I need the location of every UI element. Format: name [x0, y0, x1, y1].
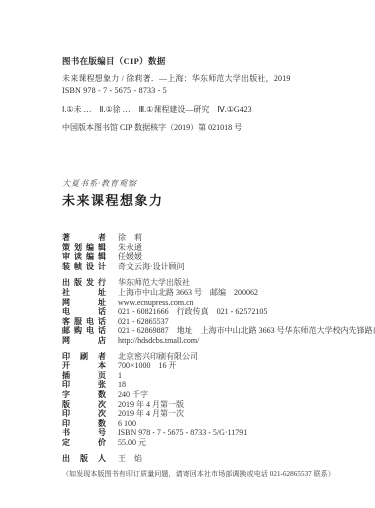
- row-value: 021 - 60821666 行政传真 021 - 62572105: [118, 307, 267, 317]
- row-label: 网址: [62, 298, 106, 308]
- cip-title-line: 未来课程想象力 / 徐莉著．—上海：华东师范大学出版社，2019: [62, 73, 335, 85]
- row-label: 定价: [62, 438, 106, 448]
- colophon-row-address: 社址 上海市中山北路 3663 号 邮编 200062: [62, 288, 335, 298]
- row-label: 社址: [62, 288, 106, 298]
- colophon-row-review-editor: 审读编辑 任媛媛: [62, 252, 335, 262]
- row-value: 华东师范大学出版社: [118, 278, 190, 288]
- cip-description: 未来课程想象力 / 徐莉著．—上海：华东师范大学出版社，2019 ISBN 97…: [62, 73, 335, 97]
- cip-heading: 图书在版编目（CIP）数据: [62, 56, 335, 66]
- row-label: 印刷者: [62, 352, 106, 362]
- cip-record-number: 中国版本图书馆 CIP 数据核字（2019）第 021018 号: [62, 122, 335, 133]
- row-value: 55.00 元: [118, 438, 146, 448]
- staff-credits: 著者 徐 莉 策划编辑 朱永通 审读编辑 任媛媛 装帧设计 奇文云海·设计顾问: [62, 233, 335, 271]
- row-label: 著者: [62, 233, 106, 243]
- row-label: 出版发行: [62, 278, 106, 288]
- row-label: 客服电话: [62, 317, 106, 327]
- row-label: 字数: [62, 390, 106, 400]
- colophon-row-edition: 版次 2019 年 4 月第一版: [62, 400, 335, 410]
- colophon-row-author: 著者 徐 莉: [62, 233, 335, 243]
- row-label: 电话: [62, 307, 106, 317]
- row-label: 印数: [62, 419, 106, 429]
- row-label: 策划编辑: [62, 243, 106, 253]
- printing-specs: 印刷者 北京密兴印刷有限公司 开本 700×1000 16 开 插页 1 印张 …: [62, 352, 335, 448]
- cip-block: 图书在版编目（CIP）数据 未来课程想象力 / 徐莉著．—上海：华东师范大学出版…: [62, 56, 335, 133]
- row-value: 700×1000 16 开: [118, 361, 177, 371]
- row-value: 徐 莉: [118, 233, 142, 243]
- publisher-info: 出版发行 华东师范大学出版社 社址 上海市中山北路 3663 号 邮编 2000…: [62, 278, 335, 345]
- row-value: 6 100: [118, 419, 136, 429]
- colophon-row-inserts: 插页 1: [62, 371, 335, 381]
- row-value: 1: [118, 371, 122, 381]
- row-label: 审读编辑: [62, 252, 106, 262]
- colophon-row-phone: 电话 021 - 60821666 行政传真 021 - 62572105: [62, 307, 335, 317]
- colophon-row-format: 开本 700×1000 16 开: [62, 361, 335, 371]
- book-title: 未来课程想象力: [62, 193, 335, 208]
- row-value: 2019 年 4 月第一版: [118, 400, 184, 410]
- row-value: 北京密兴印刷有限公司: [118, 352, 198, 362]
- row-value: 021 - 62869887 地址 上海市中山北路 3663 号华东师范大学校内…: [118, 326, 375, 336]
- colophon-row-service-phone: 客服电话 021 - 62865537: [62, 317, 335, 327]
- row-value: www.ecnupress.com.cn: [118, 298, 194, 308]
- row-label: 网店: [62, 336, 106, 346]
- colophon-row-wordcount: 字数 240 千字: [62, 390, 335, 400]
- row-label: 版次: [62, 400, 106, 410]
- row-value: 上海市中山北路 3663 号 邮编 200062: [118, 288, 258, 298]
- row-label: 印张: [62, 380, 106, 390]
- row-value: 18: [118, 380, 126, 390]
- row-label: 开本: [62, 361, 106, 371]
- publisher-person: 出版人 王 焰: [62, 454, 335, 464]
- cip-classification: Ⅰ.①未 … Ⅱ.①徐 … Ⅲ.①课程建设—研究 Ⅳ.①G423: [62, 104, 335, 115]
- colophon-row-publisher: 出版发行 华东师范大学出版社: [62, 278, 335, 288]
- book-colophon-page: 图书在版编目（CIP）数据 未来课程想象力 / 徐莉著．—上海：华东师范大学出版…: [0, 0, 375, 508]
- row-label: 书号: [62, 428, 106, 438]
- cip-isbn-line: ISBN 978 - 7 - 5675 - 8733 - 5: [62, 85, 335, 97]
- row-label: 出版人: [62, 454, 106, 464]
- colophon-row-print-run: 印数 6 100: [62, 419, 335, 429]
- colophon-row-price: 定价 55.00 元: [62, 438, 335, 448]
- colophon-row-website: 网址 www.ecnupress.com.cn: [62, 298, 335, 308]
- row-label: 装帧设计: [62, 262, 106, 272]
- colophon-row-book-number: 书号 ISBN 978 - 7 - 5675 - 8733 - 5/G·1179…: [62, 428, 335, 438]
- row-value: 240 千字: [118, 390, 148, 400]
- row-label: 邮购电话: [62, 326, 106, 336]
- row-value: 任媛媛: [118, 252, 142, 262]
- colophon-row-publisher-person: 出版人 王 焰: [62, 454, 335, 464]
- series-name: 大夏书系·教育观察: [62, 179, 335, 189]
- row-label: 印次: [62, 409, 106, 419]
- row-value: 奇文云海·设计顾问: [118, 262, 185, 272]
- row-value: ISBN 978 - 7 - 5675 - 8733 - 5/G·11791: [118, 428, 247, 438]
- row-value: 朱永通: [118, 243, 142, 253]
- colophon-row-online-store: 网店 http://hdsdcbs.tmall.com/: [62, 336, 335, 346]
- colophon-row-sheets: 印张 18: [62, 380, 335, 390]
- row-value: http://hdsdcbs.tmall.com/: [118, 336, 199, 346]
- colophon-row-mailorder-phone: 邮购电话 021 - 62869887 地址 上海市中山北路 3663 号华东师…: [62, 326, 335, 336]
- quality-note: （如发现本版图书有印订质量问题，请寄回本社市场部调换或电话 021-628655…: [62, 470, 335, 479]
- row-label: 插页: [62, 371, 106, 381]
- row-value: 王 焰: [118, 454, 142, 464]
- row-value: 021 - 62865537: [118, 317, 169, 327]
- row-value: 2019 年 4 月第一次: [118, 409, 184, 419]
- colophon-row-planning-editor: 策划编辑 朱永通: [62, 243, 335, 253]
- colophon-row-printer: 印刷者 北京密兴印刷有限公司: [62, 352, 335, 362]
- title-block: 大夏书系·教育观察 未来课程想象力: [62, 179, 335, 208]
- colophon-row-design: 装帧设计 奇文云海·设计顾问: [62, 262, 335, 272]
- colophon-row-impression: 印次 2019 年 4 月第一次: [62, 409, 335, 419]
